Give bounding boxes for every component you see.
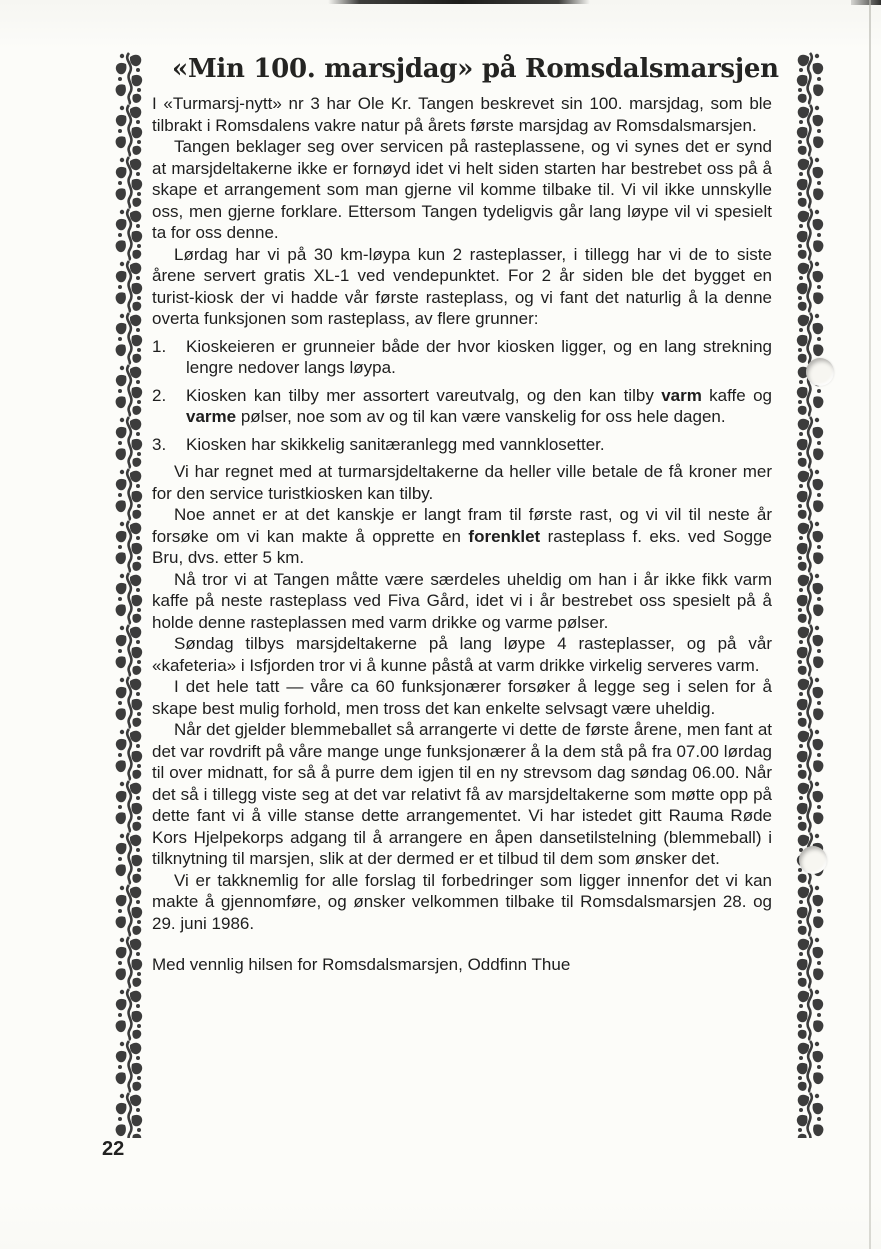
floral-vine-ornament-icon: [792, 52, 828, 1138]
page-number: 22: [102, 1138, 124, 1161]
paragraph: Tangen beklager seg over servicen på ras…: [152, 136, 772, 244]
paragraph: Noe annet er at det kanskje er langt fra…: [152, 504, 772, 569]
list-item-text: Kiosken kan tilby mer assortert vareutva…: [186, 385, 772, 428]
list-item: 1. Kioskeieren er grunneier både der hvo…: [152, 336, 772, 379]
list-item-number: 3.: [152, 434, 186, 456]
list-item-text: Kiosken har skikkelig sanitæranlegg med …: [186, 434, 772, 456]
bold-emphasis: varme: [186, 407, 236, 426]
paragraph: Vi er takknemlig for alle forslag til fo…: [152, 870, 772, 935]
list-item: 3. Kiosken har skikkelig sanitæranlegg m…: [152, 434, 772, 456]
floral-border-left: [111, 52, 147, 1138]
paragraph: I «Turmarsj-nytt» nr 3 har Ole Kr. Tange…: [152, 93, 772, 136]
list-item-number: 1.: [152, 336, 186, 379]
paragraph: Nå tror vi at Tangen måtte være særdeles…: [152, 569, 772, 634]
list-item-text: Kioskeieren er grunneier både der hvor k…: [186, 336, 772, 379]
scan-artifact-top-line: [328, 0, 590, 4]
list-item-number: 2.: [152, 385, 186, 428]
list-item: 2. Kiosken kan tilby mer assortert vareu…: [152, 385, 772, 428]
floral-vine-ornament-icon: [111, 52, 147, 1138]
text-segment: kaffe og: [702, 386, 772, 405]
numbered-list: 1. Kioskeieren er grunneier både der hvo…: [152, 336, 772, 456]
bold-emphasis: forenklet: [468, 527, 540, 546]
punch-hole-top: [806, 358, 834, 386]
page-edge-line: [869, 0, 871, 1249]
bold-emphasis: varm: [661, 386, 702, 405]
article-title: «Min 100. marsjdag» på Romsdalsmarsjen: [152, 52, 772, 86]
scanned-page: «Min 100. marsjdag» på Romsdalsmarsjen I…: [0, 0, 881, 1249]
scan-artifact-corner-mark: [851, 0, 881, 5]
punch-hole-bottom: [799, 846, 827, 874]
text-segment: Kiosken kan tilby mer assortert vareutva…: [186, 386, 661, 405]
paragraph: Søndag tilbys marsjdeltakerne på lang lø…: [152, 633, 772, 676]
floral-border-right: [792, 52, 828, 1138]
article: «Min 100. marsjdag» på Romsdalsmarsjen I…: [152, 52, 772, 993]
paragraph: I det hele tatt — våre ca 60 funksjonære…: [152, 676, 772, 719]
text-segment: pølser, noe som av og til kan være vansk…: [236, 407, 725, 426]
paragraph: Lørdag har vi på 30 km-løypa kun 2 raste…: [152, 244, 772, 330]
signature-line: Med vennlig hilsen for Romsdalsmarsjen, …: [152, 954, 772, 976]
paragraph: Når det gjelder blemmeballet så arranger…: [152, 719, 772, 870]
paragraph: Vi har regnet med at turmarsjdeltakerne …: [152, 461, 772, 504]
